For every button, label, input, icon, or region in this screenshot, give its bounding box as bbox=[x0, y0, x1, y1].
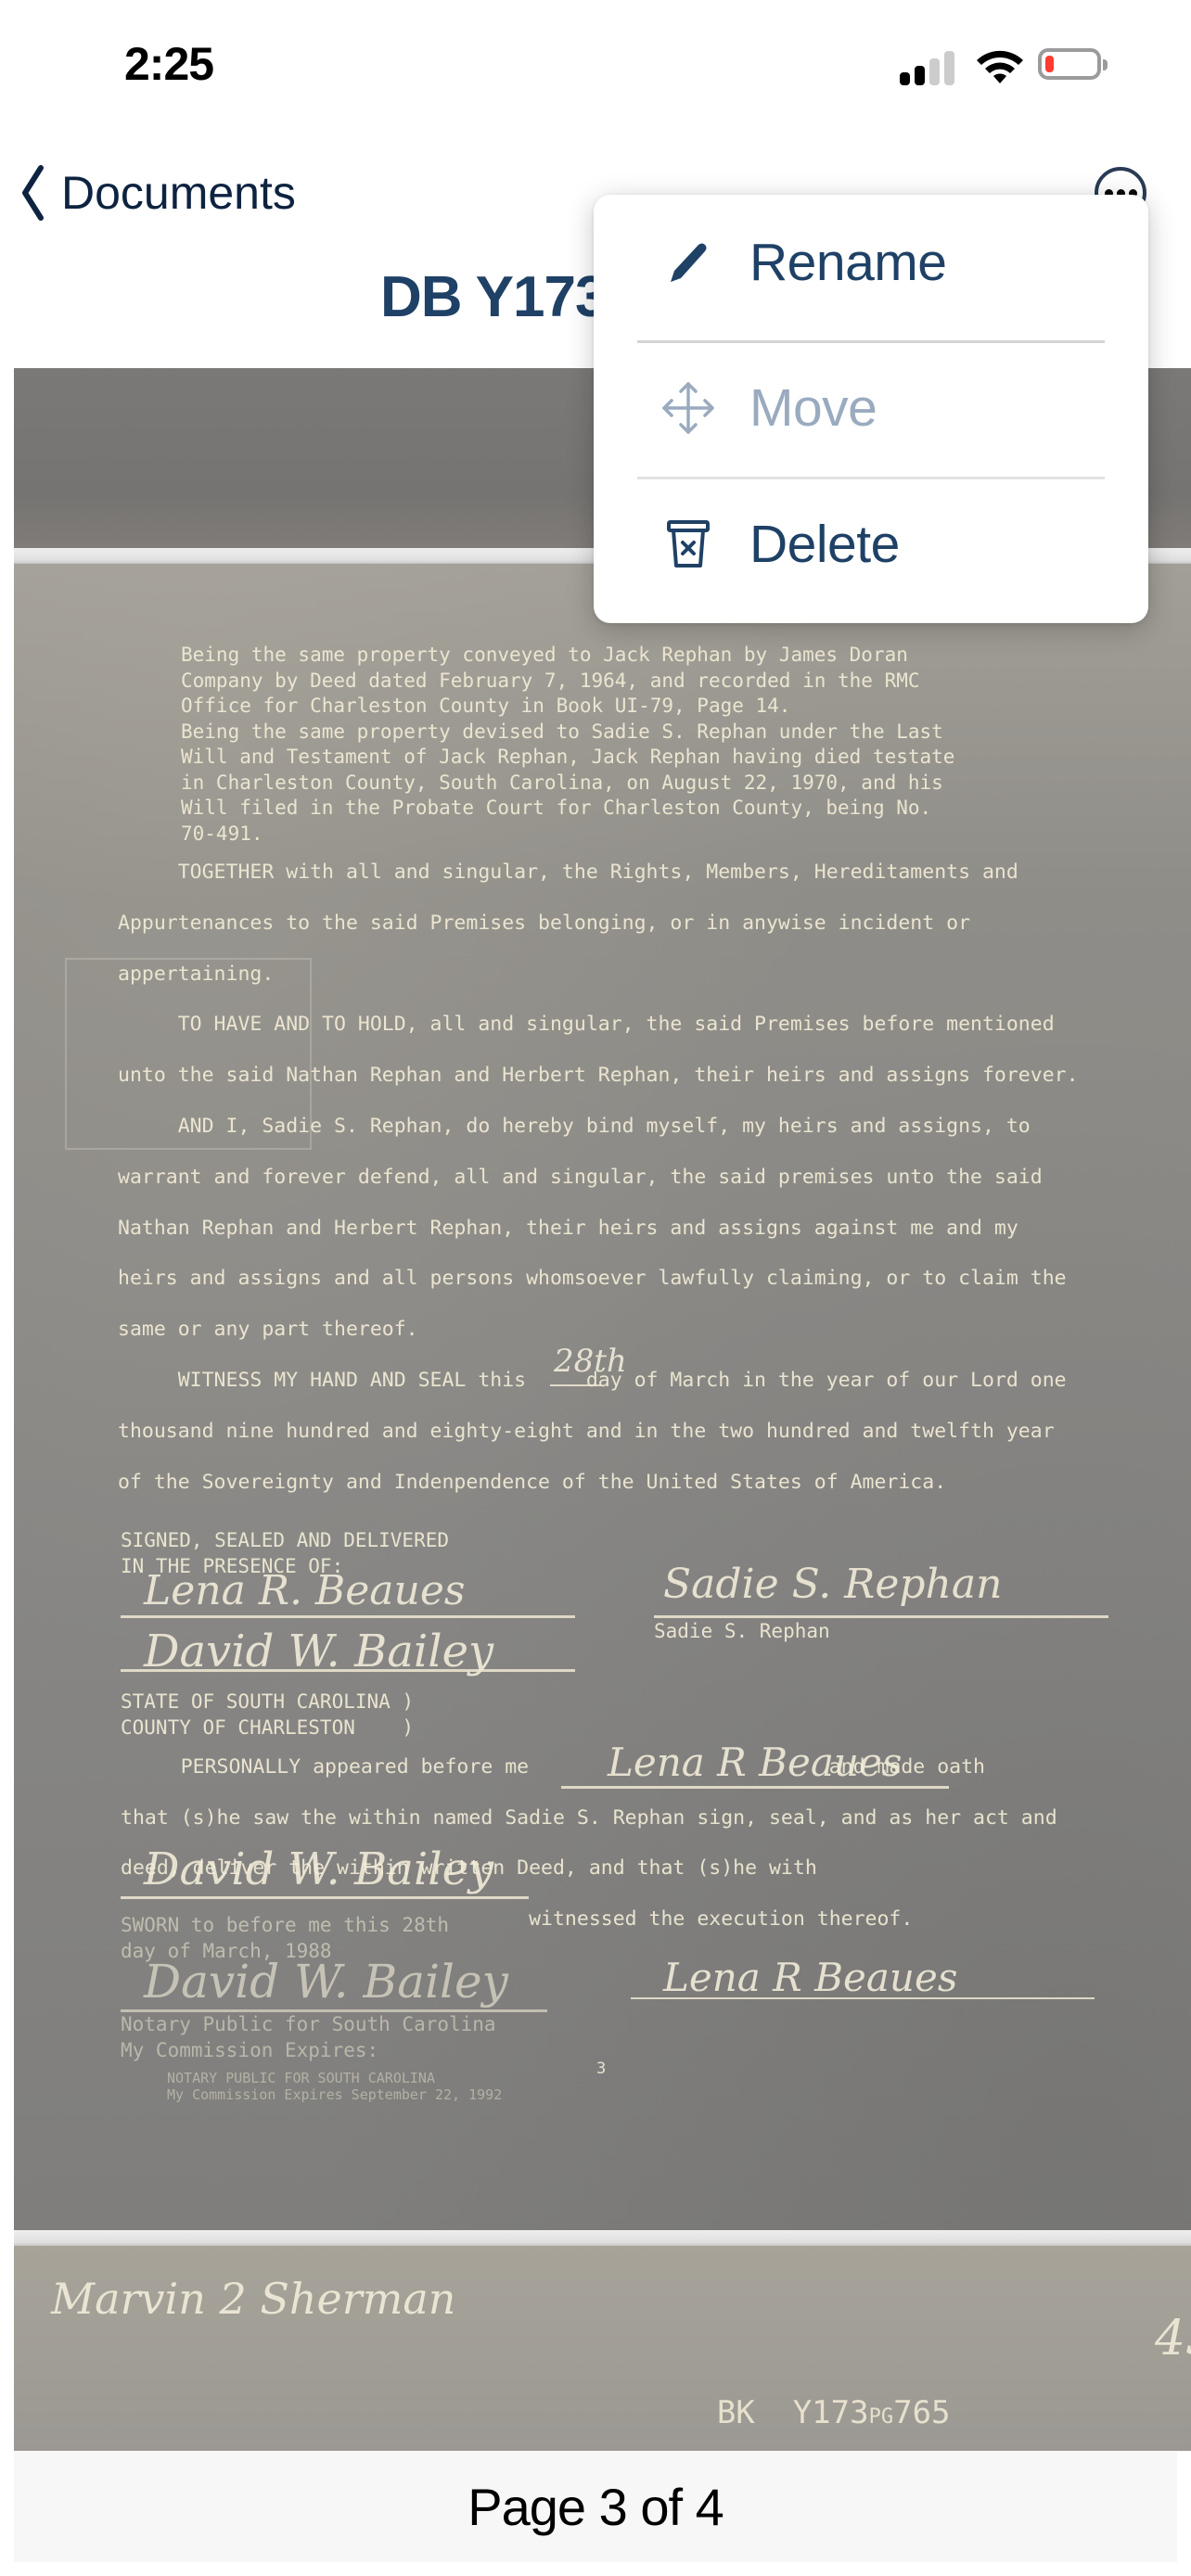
battery-icon bbox=[1038, 48, 1101, 80]
document-text-line: heirs and assigns and all persons whomso… bbox=[118, 1267, 1067, 1290]
signature-line bbox=[561, 1786, 949, 1789]
signature-line bbox=[631, 1997, 1095, 1999]
document-viewer[interactable]: Being the same property conveyed to Jack… bbox=[14, 368, 1191, 2451]
probate-signature: Lena R Beaues bbox=[608, 1740, 902, 1785]
chevron-left-icon bbox=[20, 164, 45, 222]
menu-label-rename: Rename bbox=[749, 232, 946, 293]
document-text-line: 70-491. bbox=[181, 822, 263, 848]
page-separator bbox=[14, 2230, 1191, 2246]
book-label: BK Y173 bbox=[717, 2394, 869, 2431]
grantor-signature: Sadie S. Rephan bbox=[663, 1561, 1002, 1608]
deponent-signature: Lena R Beaues bbox=[663, 1955, 957, 2000]
document-text-line: Being the same property conveyed to Jack… bbox=[181, 643, 908, 669]
edge-mark: 45 bbox=[1155, 2311, 1191, 2366]
notary-title: Notary Public for South Carolina My Comm… bbox=[121, 2012, 496, 2063]
cellular-signal-icon bbox=[900, 48, 957, 85]
witness-signature-1: Lena R. Beaues bbox=[144, 1567, 465, 1614]
day-underline bbox=[550, 1384, 601, 1386]
notary-signature: David W. Bailey bbox=[144, 1955, 508, 2009]
grantor-name: Sadie S. Rephan bbox=[654, 1619, 830, 1645]
document-text-line: Nathan Rephan and Herbert Rephan, their … bbox=[118, 1217, 1018, 1240]
probate-witness-signature: David W. Bailey bbox=[144, 1843, 493, 1895]
document-text-line: TOGETHER with all and singular, the Righ… bbox=[118, 861, 1018, 884]
battery-tip bbox=[1103, 59, 1108, 70]
status-time: 2:25 bbox=[124, 37, 213, 91]
book-page-stamp: BK Y173PG765 bbox=[603, 2357, 951, 2451]
trash-icon bbox=[660, 516, 716, 572]
menu-item-delete[interactable]: Delete bbox=[594, 477, 1148, 612]
back-button[interactable]: Documents bbox=[20, 159, 296, 226]
document-text-line: Company by Deed dated February 7, 1964, … bbox=[181, 669, 920, 695]
menu-label-move: Move bbox=[749, 377, 877, 439]
pencil-icon bbox=[660, 235, 716, 290]
signature-line bbox=[121, 1896, 529, 1899]
signature-line bbox=[121, 1669, 575, 1672]
document-text-line: TO HAVE AND TO HOLD, all and singular, t… bbox=[118, 1013, 1055, 1036]
witness-day-handwriting: 28th bbox=[554, 1343, 627, 1380]
document-text-line: thousand nine hundred and eighty-eight a… bbox=[118, 1420, 1055, 1443]
document-text-line: of the Sovereignty and Indenpendence of … bbox=[118, 1471, 946, 1494]
document-text-line: unto the said Nathan Rephan and Herbert … bbox=[118, 1064, 1079, 1087]
next-page-handwriting: Marvin 2 Sherman bbox=[51, 2274, 455, 2324]
document-text-line: same or any part thereof. bbox=[118, 1318, 418, 1341]
document-text-line: Will filed in the Probate Court for Char… bbox=[181, 796, 931, 822]
page-number: 765 bbox=[893, 2394, 950, 2431]
document-text-line: that (s)he saw the within named Sadie S.… bbox=[121, 1806, 1057, 1830]
wifi-icon bbox=[976, 50, 1024, 85]
back-label: Documents bbox=[61, 166, 296, 220]
menu-label-delete: Delete bbox=[749, 514, 900, 575]
document-page-current[interactable]: Being the same property conveyed to Jack… bbox=[14, 564, 1191, 2230]
signature-line bbox=[121, 1615, 575, 1618]
document-text-line: AND I, Sadie S. Rephan, do hereby bind m… bbox=[118, 1115, 1031, 1138]
page-label: PG bbox=[869, 2405, 894, 2429]
document-text-line: Office for Charleston County in Book UI-… bbox=[181, 694, 790, 720]
document-text-line: in Charleston County, South Carolina, on… bbox=[181, 771, 943, 797]
document-text-line: warrant and forever defend, all and sing… bbox=[118, 1166, 1043, 1189]
document-page-next[interactable]: Marvin 2 Sherman BK Y173PG765 45 bbox=[14, 2246, 1191, 2451]
document-text-line: Will and Testament of Jack Rephan, Jack … bbox=[181, 745, 954, 771]
notary-stamp: NOTARY PUBLIC FOR SOUTH CAROLINA My Comm… bbox=[167, 2070, 502, 2103]
document-text-line: Being the same property devised to Sadie… bbox=[181, 720, 943, 746]
battery-level bbox=[1045, 56, 1054, 72]
page-number-mark: 3 bbox=[596, 2057, 606, 2083]
move-arrows-icon bbox=[660, 380, 716, 436]
document-text-line: appertaining. bbox=[118, 963, 274, 986]
menu-item-move[interactable]: Move bbox=[594, 340, 1148, 476]
document-options-menu: Rename Move Delete bbox=[594, 195, 1148, 623]
menu-item-rename[interactable]: Rename bbox=[594, 195, 1148, 330]
page-indicator: Page 3 of 4 bbox=[14, 2451, 1177, 2562]
state-county: STATE OF SOUTH CAROLINA ) COUNTY OF CHAR… bbox=[121, 1690, 414, 1741]
document-text-line: Appurtenances to the said Premises belon… bbox=[118, 912, 970, 935]
signature-line bbox=[654, 1615, 1108, 1618]
